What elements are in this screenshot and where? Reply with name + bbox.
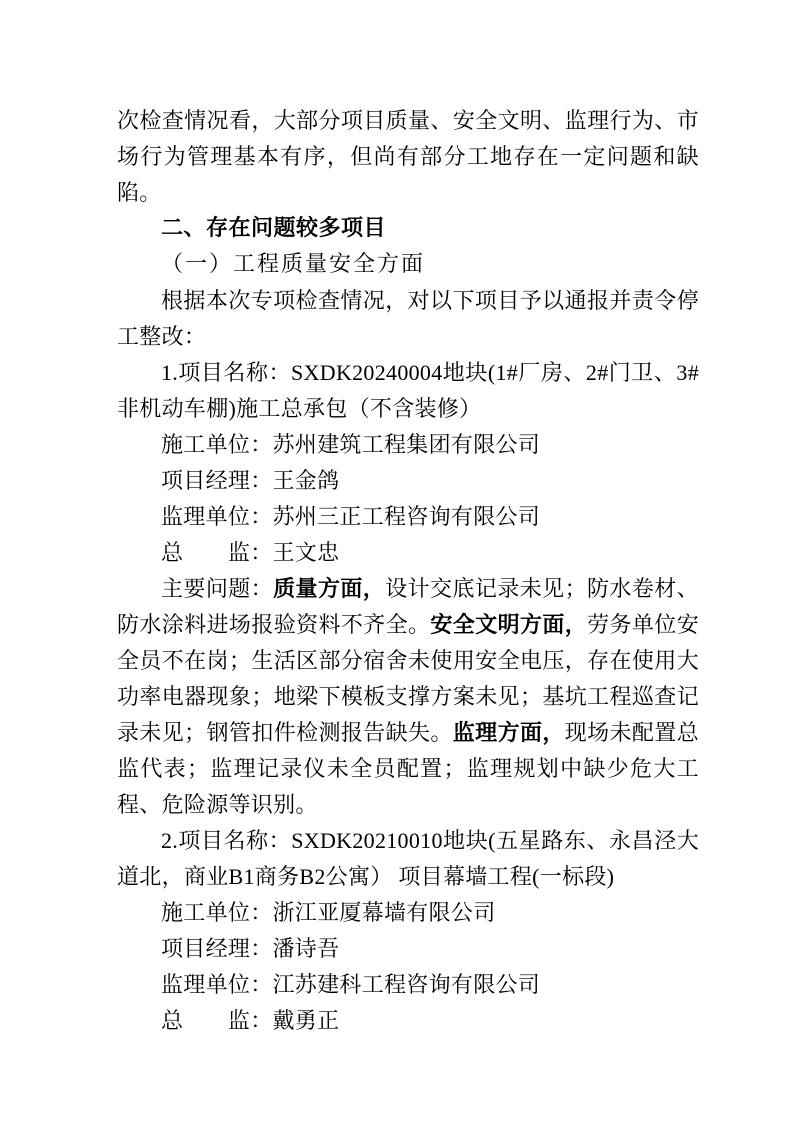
text-run: 主要问题： <box>161 576 273 601</box>
subsection-heading: （一）工程质量安全方面 <box>117 247 699 283</box>
document-page: 次检查情况看，大部分项目质量、安全文明、监理行为、市场行为管理基本有序，但尚有部… <box>0 0 793 1122</box>
notice-intro-paragraph: 根据本次专项检查情况，对以下项目予以通报并责令停工整改： <box>117 283 699 355</box>
text-run: 二、存在问题较多项目 <box>161 216 386 241</box>
text-run: 根据本次专项检查情况，对以下项目予以通报并责令停工整改： <box>117 288 699 349</box>
text-run: 2.项目名称：SXDK20210010地块(五星路东、永昌泾大道北，商业B1商务… <box>117 828 699 889</box>
project-1-chief-supervisor: 总 监：王文忠 <box>117 535 699 571</box>
text-run: （一）工程质量安全方面 <box>161 252 425 277</box>
text-run: 项目经理：潘诗吾 <box>161 936 339 961</box>
section-heading: 二、存在问题较多项目 <box>117 211 699 247</box>
project-1-supervision-unit: 监理单位：苏州三正工程咨询有限公司 <box>117 499 699 535</box>
project-2-chief-supervisor: 总 监：戴勇正 <box>117 1003 699 1039</box>
text-run: 1.项目名称：SXDK20240004地块(1#厂房、2#门卫、3#非机动车棚)… <box>117 360 699 421</box>
text-run: 总 监：戴勇正 <box>161 1008 339 1033</box>
project-2-project-manager: 项目经理：潘诗吾 <box>117 931 699 967</box>
document-body: 次检查情况看，大部分项目质量、安全文明、监理行为、市场行为管理基本有序，但尚有部… <box>117 103 699 1039</box>
text-run: 施工单位：浙江亚厦幕墙有限公司 <box>161 900 496 925</box>
issue-category-label: 安全文明方面， <box>430 612 587 637</box>
project-2-construction-unit: 施工单位：浙江亚厦幕墙有限公司 <box>117 895 699 931</box>
project-2-supervision-unit: 监理单位：江苏建科工程咨询有限公司 <box>117 967 699 1003</box>
text-run: 项目经理：王金鸽 <box>161 468 339 493</box>
project-1-project-manager: 项目经理：王金鸽 <box>117 463 699 499</box>
project-1-main-issues: 主要问题：质量方面，设计交底记录未见；防水卷材、防水涂料进场报验资料不齐全。安全… <box>117 571 699 823</box>
project-1-construction-unit: 施工单位：苏州建筑工程集团有限公司 <box>117 427 699 463</box>
issue-category-label: 质量方面， <box>273 576 385 601</box>
page-continuation-paragraph: 次检查情况看，大部分项目质量、安全文明、监理行为、市场行为管理基本有序，但尚有部… <box>117 103 699 211</box>
issue-category-label: 监理方面， <box>453 720 565 745</box>
text-run: 监理单位：苏州三正工程咨询有限公司 <box>161 504 540 529</box>
project-2-name: 2.项目名称：SXDK20210010地块(五星路东、永昌泾大道北，商业B1商务… <box>117 823 699 895</box>
text-run: 总 监：王文忠 <box>161 540 339 565</box>
text-run: 施工单位：苏州建筑工程集团有限公司 <box>161 432 540 457</box>
text-run: 监理单位：江苏建科工程咨询有限公司 <box>161 972 540 997</box>
project-1-name: 1.项目名称：SXDK20240004地块(1#厂房、2#门卫、3#非机动车棚)… <box>117 355 699 427</box>
text-run: 次检查情况看，大部分项目质量、安全文明、监理行为、市场行为管理基本有序，但尚有部… <box>117 108 699 205</box>
